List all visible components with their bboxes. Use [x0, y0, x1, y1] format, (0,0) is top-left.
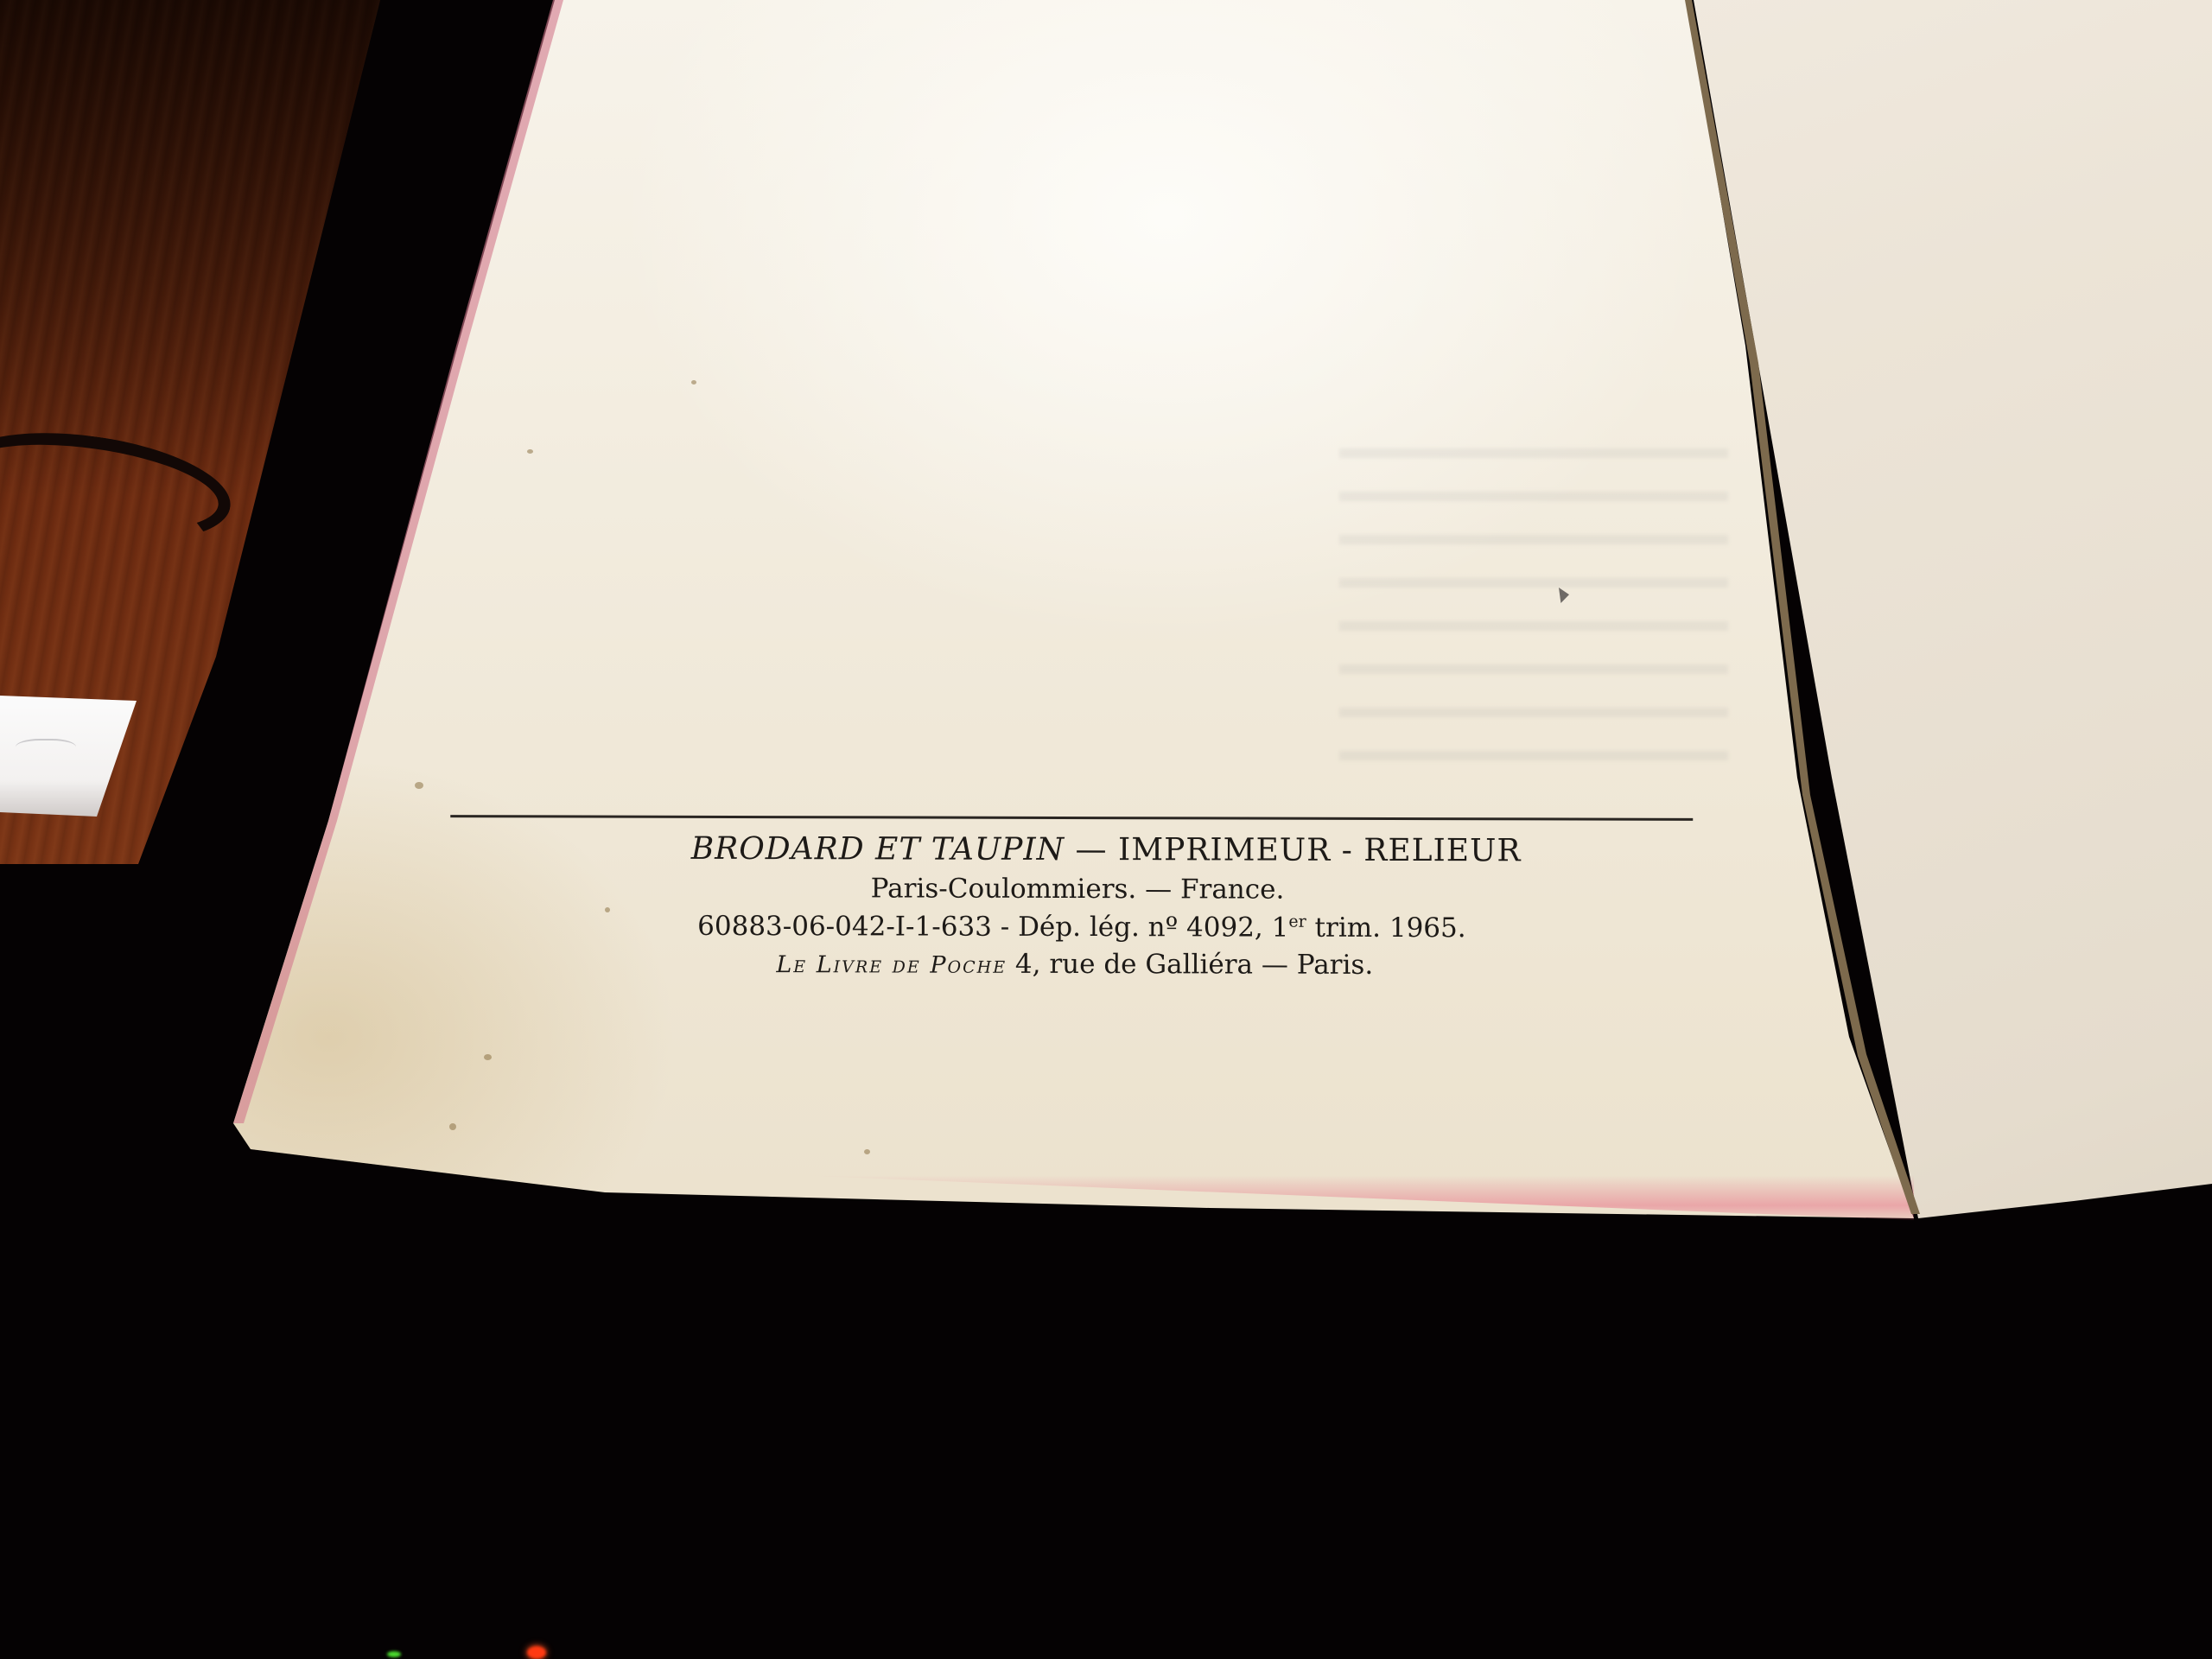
- card-handwriting: [16, 739, 76, 760]
- foxing-speck: [864, 1149, 870, 1154]
- colophon-block: BRODARD ET TAUPIN — IMPRIMEUR - RELIEUR …: [449, 815, 1694, 980]
- printer-name: BRODARD ET TAUPIN: [691, 831, 1065, 868]
- depot-legal: - Dép. lég. nº 4092, 1: [992, 912, 1289, 944]
- publisher-address: 4, rue de Galliéra — Paris.: [1007, 949, 1373, 981]
- print-code: 60883-06-042-I-1-633: [697, 911, 992, 943]
- foxing-speck: [415, 782, 423, 789]
- ordinal-superscript: er: [1288, 912, 1306, 931]
- red-indicator-light: [527, 1646, 546, 1659]
- foxing-speck: [484, 1054, 492, 1060]
- show-through-text: [1339, 415, 1728, 778]
- trimester-year: trim. 1965.: [1306, 912, 1466, 944]
- publisher-line: Le Livre de Poche 4, rue de Galliéra — P…: [456, 950, 1694, 980]
- printer-separator: —: [1065, 832, 1118, 868]
- green-indicator-light: [387, 1651, 401, 1657]
- location-line: Paris-Coulommiers. — France.: [461, 874, 1694, 905]
- printer-line: BRODARD ET TAUPIN — IMPRIMEUR - RELIEUR: [518, 833, 1694, 868]
- legal-deposit-line: 60883-06-042-I-1-633 - Dép. lég. nº 4092…: [470, 912, 1694, 943]
- publisher-name: Le Livre de Poche: [776, 951, 1007, 979]
- photo-scene: BRODARD ET TAUPIN — IMPRIMEUR - RELIEUR …: [0, 0, 2212, 1659]
- printer-role: IMPRIMEUR - RELIEUR: [1118, 832, 1522, 868]
- foxing-speck: [527, 449, 533, 454]
- foxing-speck: [691, 380, 696, 385]
- foxing-speck: [449, 1123, 456, 1130]
